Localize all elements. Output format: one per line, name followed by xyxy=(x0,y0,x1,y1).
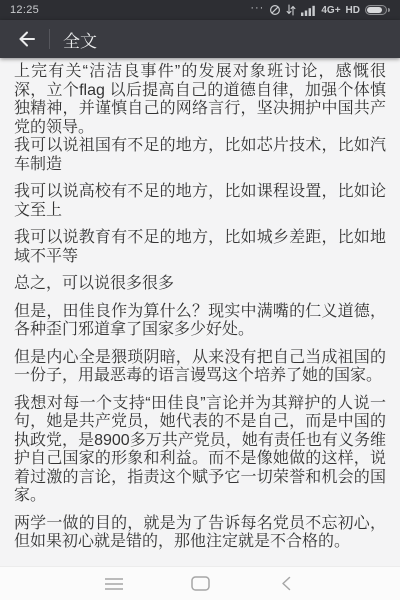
back-button[interactable] xyxy=(14,26,40,52)
nav-menu-button[interactable] xyxy=(100,572,128,596)
status-time: 12:25 xyxy=(10,4,39,16)
paragraph: 我可以说祖国有不足的地方，比如芯片技术，比如汽车制造 xyxy=(14,137,386,174)
appbar-divider xyxy=(49,29,50,49)
network-type-label: 4G+ xyxy=(321,5,340,16)
paragraph: 但是，田佳良作为算什么？现实中满嘴的仁义道德，各种歪门邪道拿了国家多少好处。 xyxy=(14,303,386,340)
page-title: 全文 xyxy=(63,27,97,52)
paragraph: 两学一做的目的，就是为了告诉每名党员不忘初心，但如果初心就是错的，那他注定就是不… xyxy=(14,515,386,552)
screen: 12:25 ··· xyxy=(0,0,400,600)
back-chevron-icon xyxy=(281,576,291,591)
battery-icon xyxy=(365,5,387,15)
more-dots-icon: ··· xyxy=(250,3,264,14)
nav-home-button[interactable] xyxy=(186,572,214,596)
signal-icon xyxy=(301,5,316,16)
menu-icon xyxy=(105,578,123,590)
article-body[interactable]: 上完有关“洁洁良事件”的发展对象班讨论，感慨很深，立个flag 以后提高自己的道… xyxy=(0,58,400,566)
battery-nub xyxy=(388,8,390,12)
status-icons: ··· 4G+ xyxy=(250,4,390,16)
paragraph: 上完有关“洁洁良事件”的发展对象班讨论，感慨很深，立个flag 以后提高自己的道… xyxy=(14,63,386,137)
hd-label: HD xyxy=(346,5,360,16)
paragraph: 总之，可以说很多很多 xyxy=(14,275,386,294)
navigation-bar xyxy=(0,566,400,600)
nav-back-button[interactable] xyxy=(272,572,300,596)
status-bar: 12:25 ··· xyxy=(0,0,400,20)
mute-icon xyxy=(269,4,281,16)
home-icon xyxy=(191,576,210,591)
app-bar: 全文 xyxy=(0,20,400,58)
paragraph: 我可以说教育有不足的地方，比如城乡差距，比如地域不平等 xyxy=(14,229,386,266)
data-arrows-icon xyxy=(286,4,296,16)
paragraph: 我可以说高校有不足的地方，比如课程设置，比如论文至上 xyxy=(14,183,386,220)
back-arrow-icon xyxy=(16,29,38,49)
paragraph: 我想对每一个支持“田佳良”言论并为其辩护的人说一句，她是共产党员，她代表的不是自… xyxy=(14,395,386,506)
paragraph: 但是内心全是猥琐阴暗，从来没有把自己当成祖国的一份子，用最恶毒的语言谩骂这个培养… xyxy=(14,349,386,386)
